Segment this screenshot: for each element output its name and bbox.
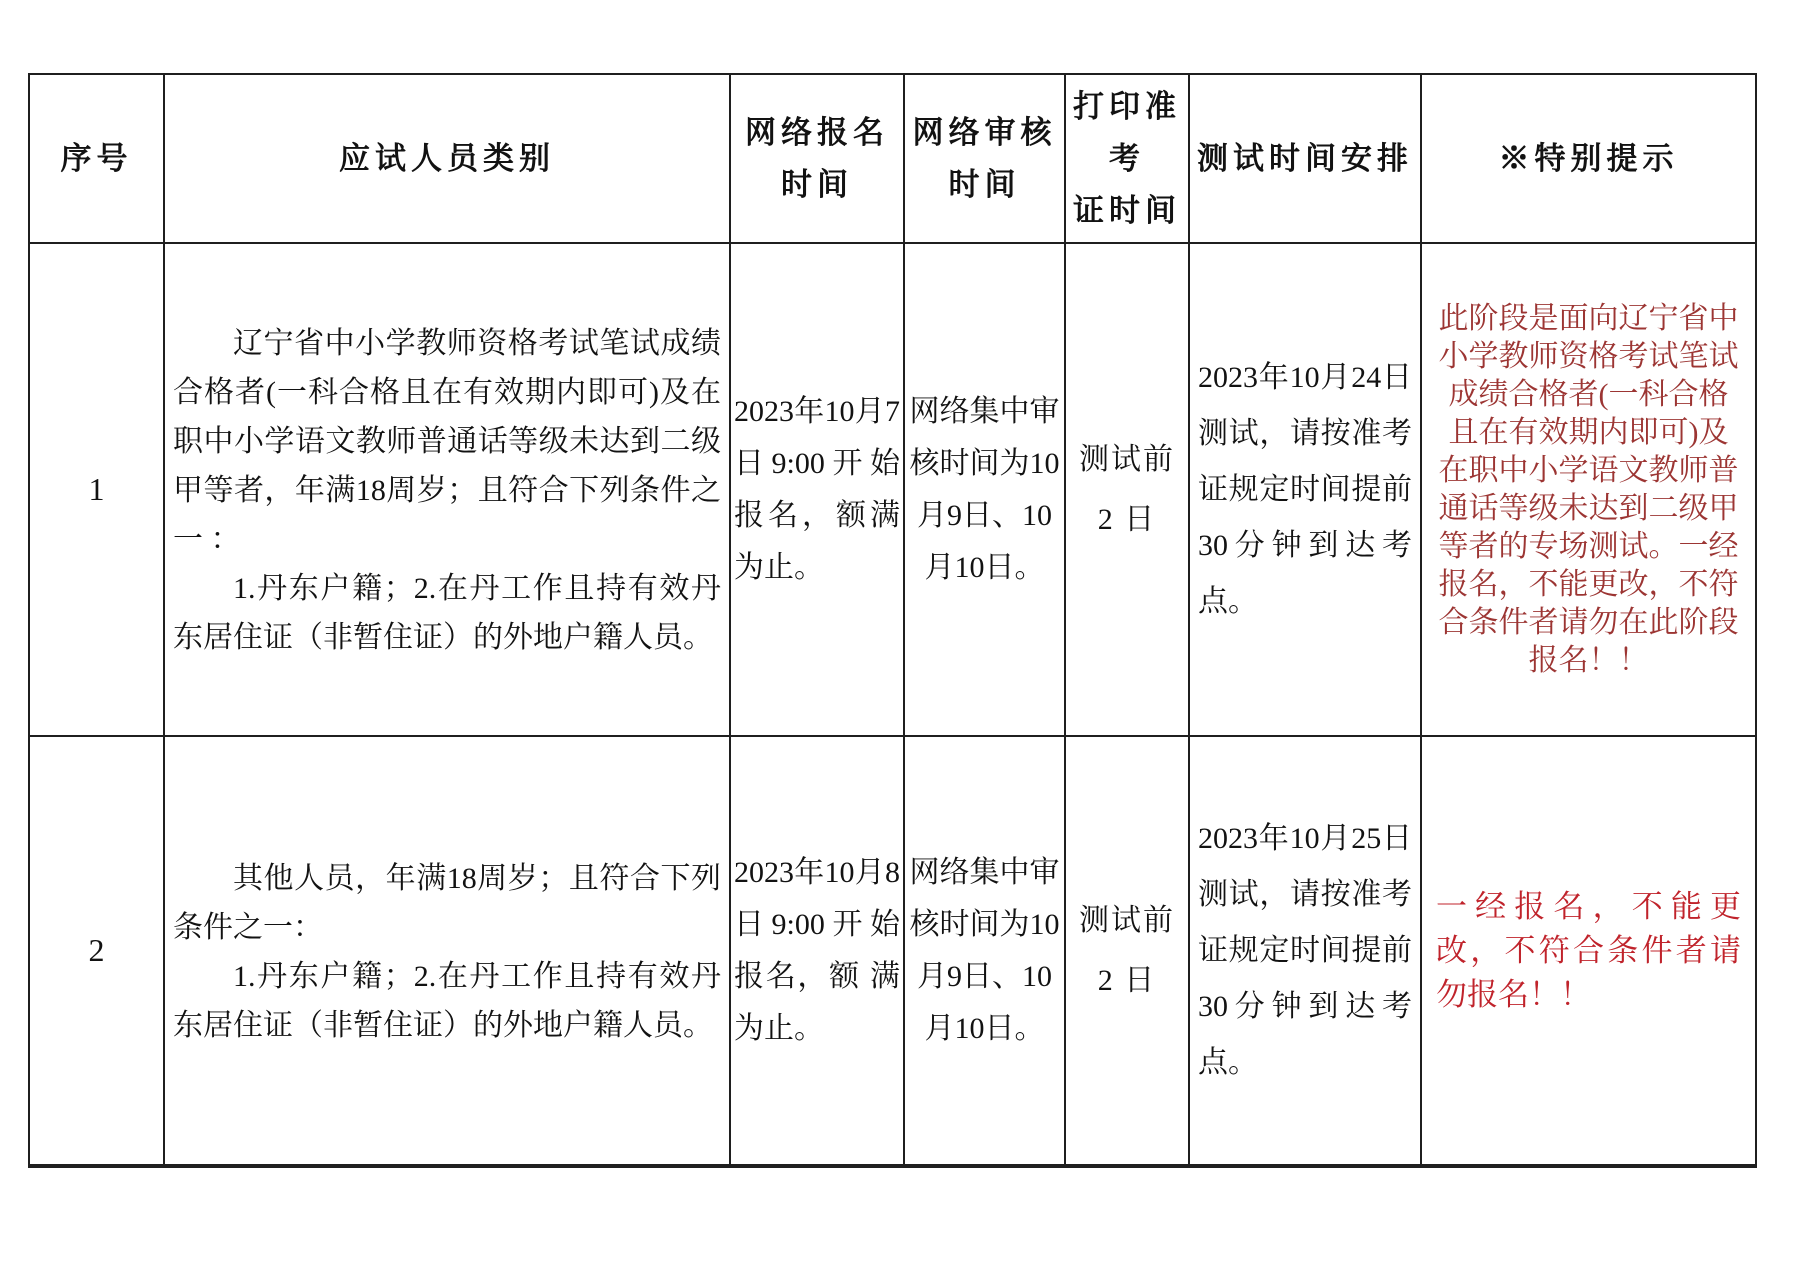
row1-special-notice-cell: 此阶段是面向辽宁省中小学教师资格考试笔试成绩合格者(一科合格且在有效期内即可)及… xyxy=(1421,243,1756,736)
row2-ticket-time-cell: 测试前 2 日 xyxy=(1065,736,1189,1166)
row2-registration-time-cell: 2023年10月8日9:00开始报名，额 满 为止。 xyxy=(730,736,904,1166)
row2-category-conditions: 1.丹东户籍；2.在丹工作且持有效丹东居住证（非暂住证）的外地户籍人员。 xyxy=(173,952,721,1050)
row2-category-cell: 其他人员，年满18周岁；且符合下列条件之一： 1.丹东户籍；2.在丹工作且持有效… xyxy=(164,736,730,1166)
row2-index-cell: 2 xyxy=(29,736,164,1166)
exam-schedule-table: 序号 应试人员类别 网络报名 时间 网络审核 时间 打印准考 证时间 测试时间安… xyxy=(28,73,1757,1168)
row2-test-time-cell: 2023年10月25日测试，请按准考证规定时间提前30分钟到达考点。 xyxy=(1189,736,1421,1166)
header-registration-time: 网络报名 时间 xyxy=(730,74,904,243)
row1-test-time-cell: 2023年10月24日测试，请按准考证规定时间提前30分钟到达考点。 xyxy=(1189,243,1421,736)
table-row: 1 辽宁省中小学教师资格考试笔试成绩合格者(一科合格且在有效期内即可)及在职中小… xyxy=(29,243,1756,736)
row1-category-cell: 辽宁省中小学教师资格考试笔试成绩合格者(一科合格且在有效期内即可)及在职中小学语… xyxy=(164,243,730,736)
row1-category-paragraph: 辽宁省中小学教师资格考试笔试成绩合格者(一科合格且在有效期内即可)及在职中小学语… xyxy=(173,319,721,564)
table-row: 2 其他人员，年满18周岁；且符合下列条件之一： 1.丹东户籍；2.在丹工作且持… xyxy=(29,736,1756,1166)
header-category: 应试人员类别 xyxy=(164,74,730,243)
header-review-time: 网络审核 时间 xyxy=(904,74,1065,243)
row1-special-notice-text: 此阶段是面向辽宁省中小学教师资格考试笔试成绩合格者(一科合格且在有效期内即可)及… xyxy=(1436,300,1741,680)
header-special-notice: ※特别提示 xyxy=(1421,74,1756,243)
row1-category-conditions: 1.丹东户籍；2.在丹工作且持有效丹东居住证（非暂住证）的外地户籍人员。 xyxy=(173,564,721,662)
row2-special-notice-cell: 一经报名，不能更改，不符合条件者请勿报名！！ xyxy=(1421,736,1756,1166)
document-page: 序号 应试人员类别 网络报名 时间 网络审核 时间 打印准考 证时间 测试时间安… xyxy=(0,0,1810,1278)
header-ticket-time: 打印准考 证时间 xyxy=(1065,74,1189,243)
row2-review-time-cell: 网络集中审核时间为10月9日、10月10日。 xyxy=(904,736,1065,1166)
header-index: 序号 xyxy=(29,74,164,243)
row1-index-cell: 1 xyxy=(29,243,164,736)
row2-special-notice-text: 一经报名，不能更改，不符合条件者请勿报名！！ xyxy=(1436,885,1741,1017)
row1-registration-time-cell: 2023年10月7日9:00开始报名，额满为止。 xyxy=(730,243,904,736)
table-header-row: 序号 应试人员类别 网络报名 时间 网络审核 时间 打印准考 证时间 测试时间安… xyxy=(29,74,1756,243)
row1-ticket-time-cell: 测试前 2 日 xyxy=(1065,243,1189,736)
row2-category-paragraph: 其他人员，年满18周岁；且符合下列条件之一： xyxy=(173,854,721,952)
row1-review-time-cell: 网络集中审核时间为10月9日、10月10日。 xyxy=(904,243,1065,736)
header-test-time: 测试时间安排 xyxy=(1189,74,1421,243)
